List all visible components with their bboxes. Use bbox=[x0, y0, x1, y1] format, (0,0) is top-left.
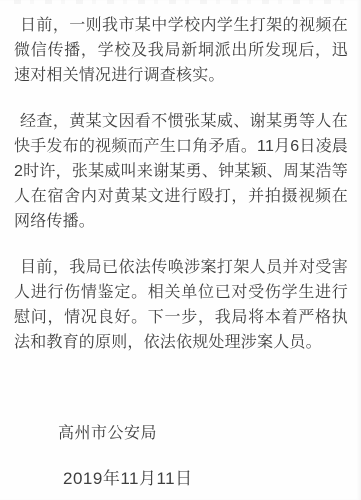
police-notice-body: 日前，一则我市某中学校内学生打架的视频在微信传播，学校及我局新垌派出所发现后，迅… bbox=[0, 0, 361, 491]
notice-paragraph-investigation: 经查，黄某文因看不惯张某威、谢某勇等人在快手发布的视频而产生口角矛盾。11月6日… bbox=[14, 109, 348, 234]
notice-signature: 高州市公安局 bbox=[58, 421, 348, 446]
notice-date: 2019年11月11日 bbox=[63, 466, 348, 491]
notice-paragraph-action: 目前，我局已依法传唤涉案打架人员并对受害人进行伤情鉴定。相关单位已对受伤学生进行… bbox=[14, 255, 348, 355]
notice-paragraph-intro: 日前，一则我市某中学校内学生打架的视频在微信传播，学校及我局新垌派出所发现后，迅… bbox=[14, 13, 348, 88]
notice-page: 日前，一则我市某中学校内学生打架的视频在微信传播，学校及我局新垌派出所发现后，迅… bbox=[0, 0, 361, 500]
